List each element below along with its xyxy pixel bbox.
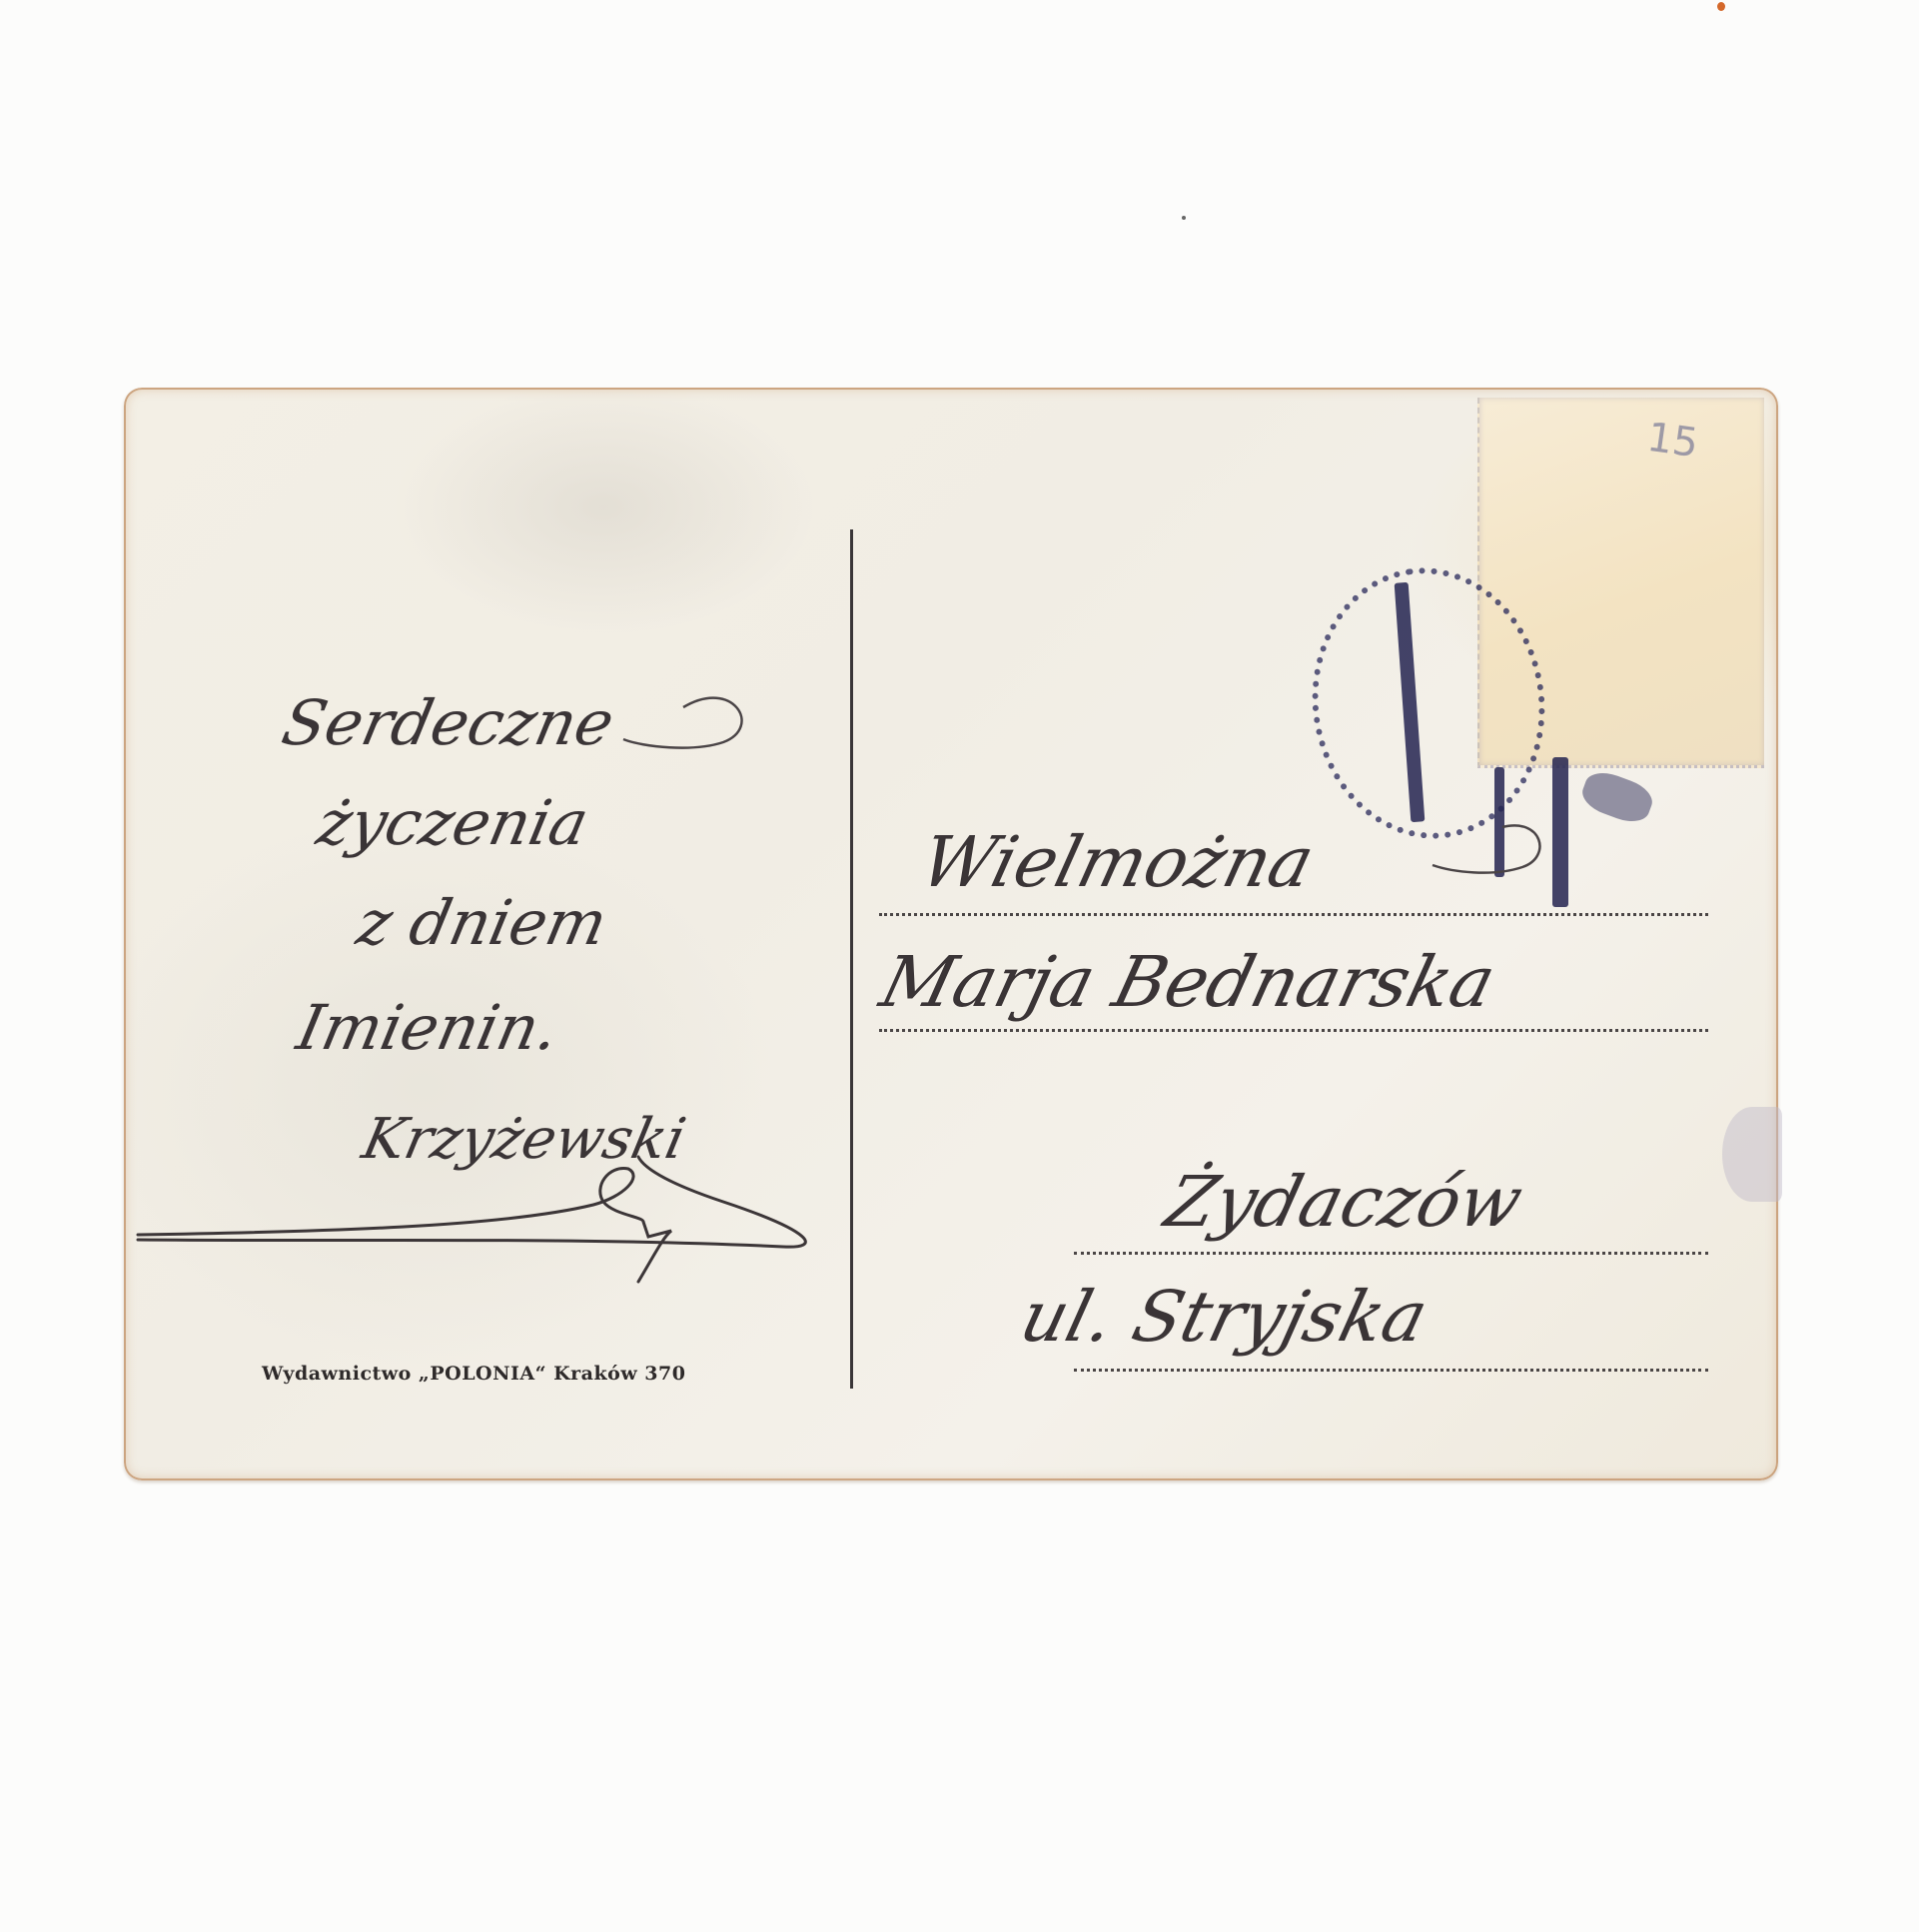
publisher-imprint: Wydawnictwo „POLONIA“ Kraków 370 [262,1363,685,1385]
postcard: 15 Serdeczne życzenia z dniem Imienin. K… [124,388,1778,1480]
ink-spot [1717,2,1725,11]
scan-speck [1182,216,1186,220]
pen-flourishes [124,388,1778,1480]
